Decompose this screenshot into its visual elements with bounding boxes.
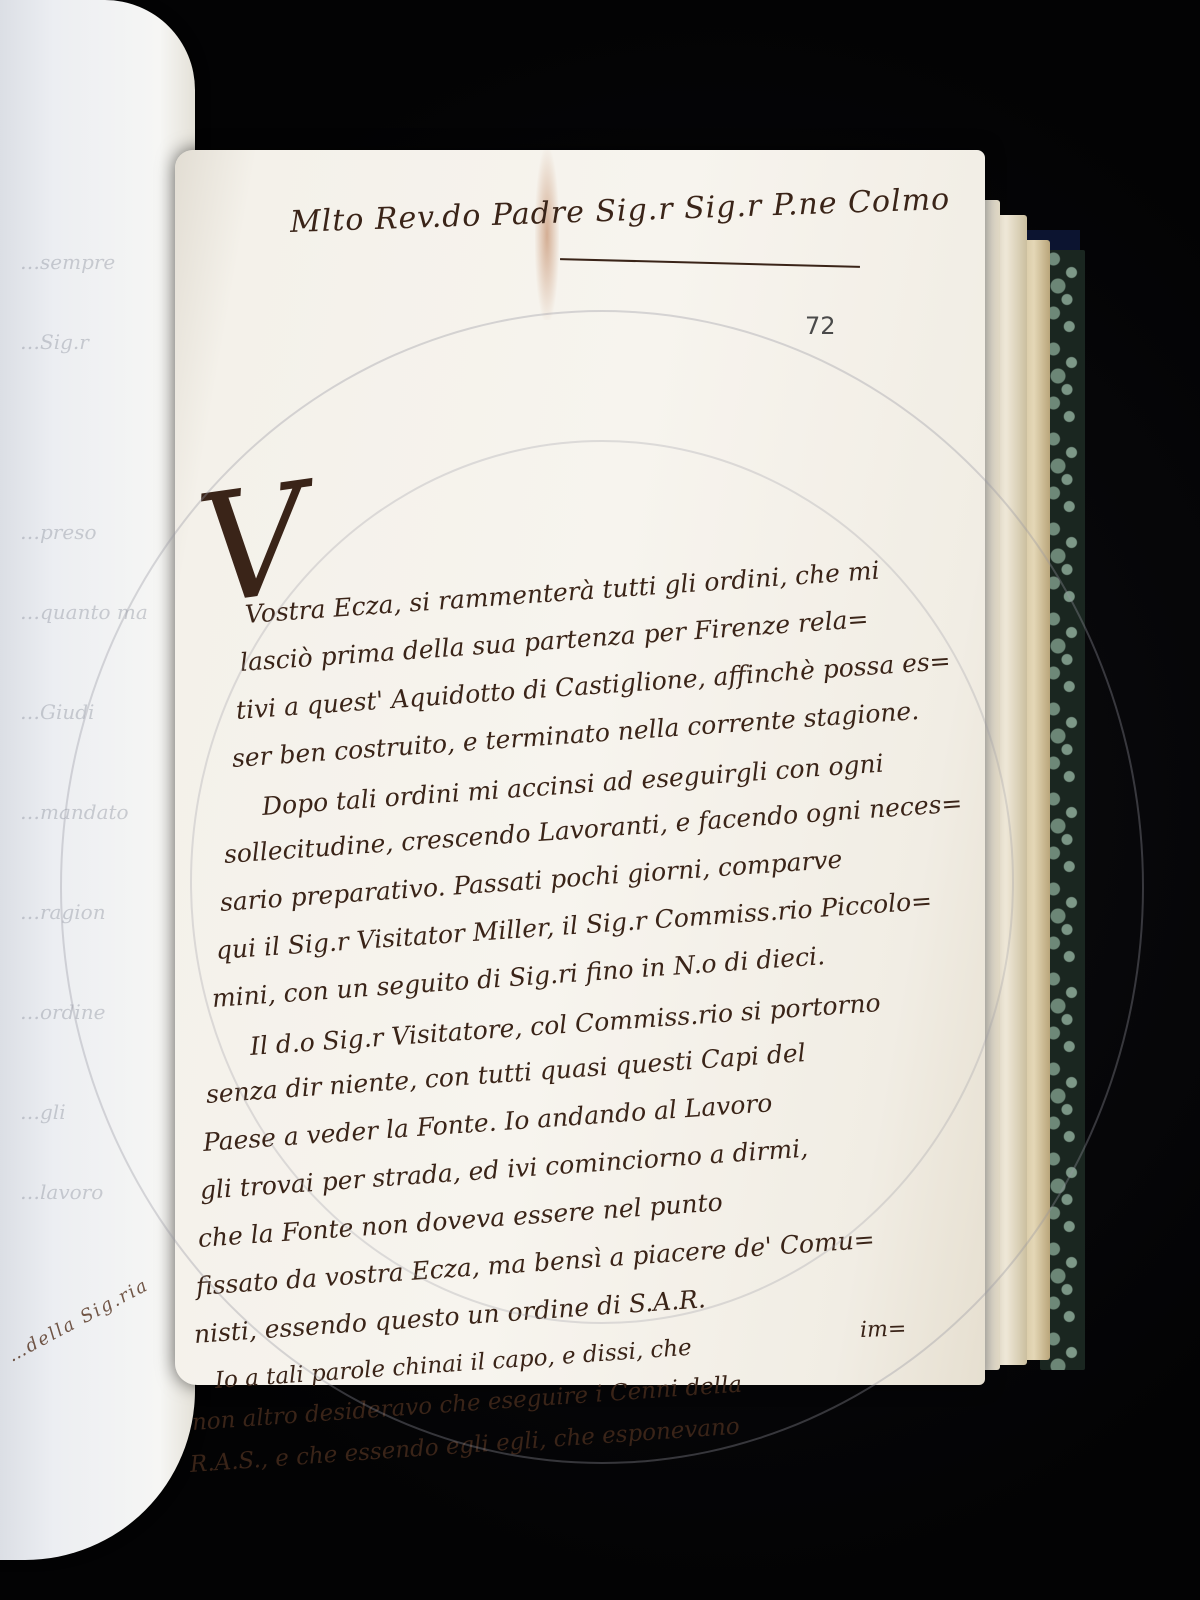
bleed-through-text: …Sig.r <box>20 330 89 354</box>
bleed-through-text: …Giudi <box>20 700 94 724</box>
bleed-through-text: …gli <box>20 1100 66 1124</box>
bleed-through-text: …lavoro <box>20 1180 103 1204</box>
bleed-through-text: …sempre <box>20 250 115 274</box>
bleed-through-text: …preso <box>20 520 97 544</box>
left-page: …sempre …Sig.r …preso …quanto ma …Giudi … <box>0 0 195 1560</box>
bleed-through-text: …quanto ma <box>20 600 148 624</box>
bleed-through-text: …ragion <box>20 900 106 924</box>
folio-number: 72 <box>805 312 836 340</box>
bleed-through-text: …ordine <box>20 1000 106 1024</box>
left-page-fragment: …della Sig.ria <box>4 1274 152 1366</box>
catchword: im= <box>860 1316 907 1343</box>
bleed-through-text: …mandato <box>20 800 129 824</box>
